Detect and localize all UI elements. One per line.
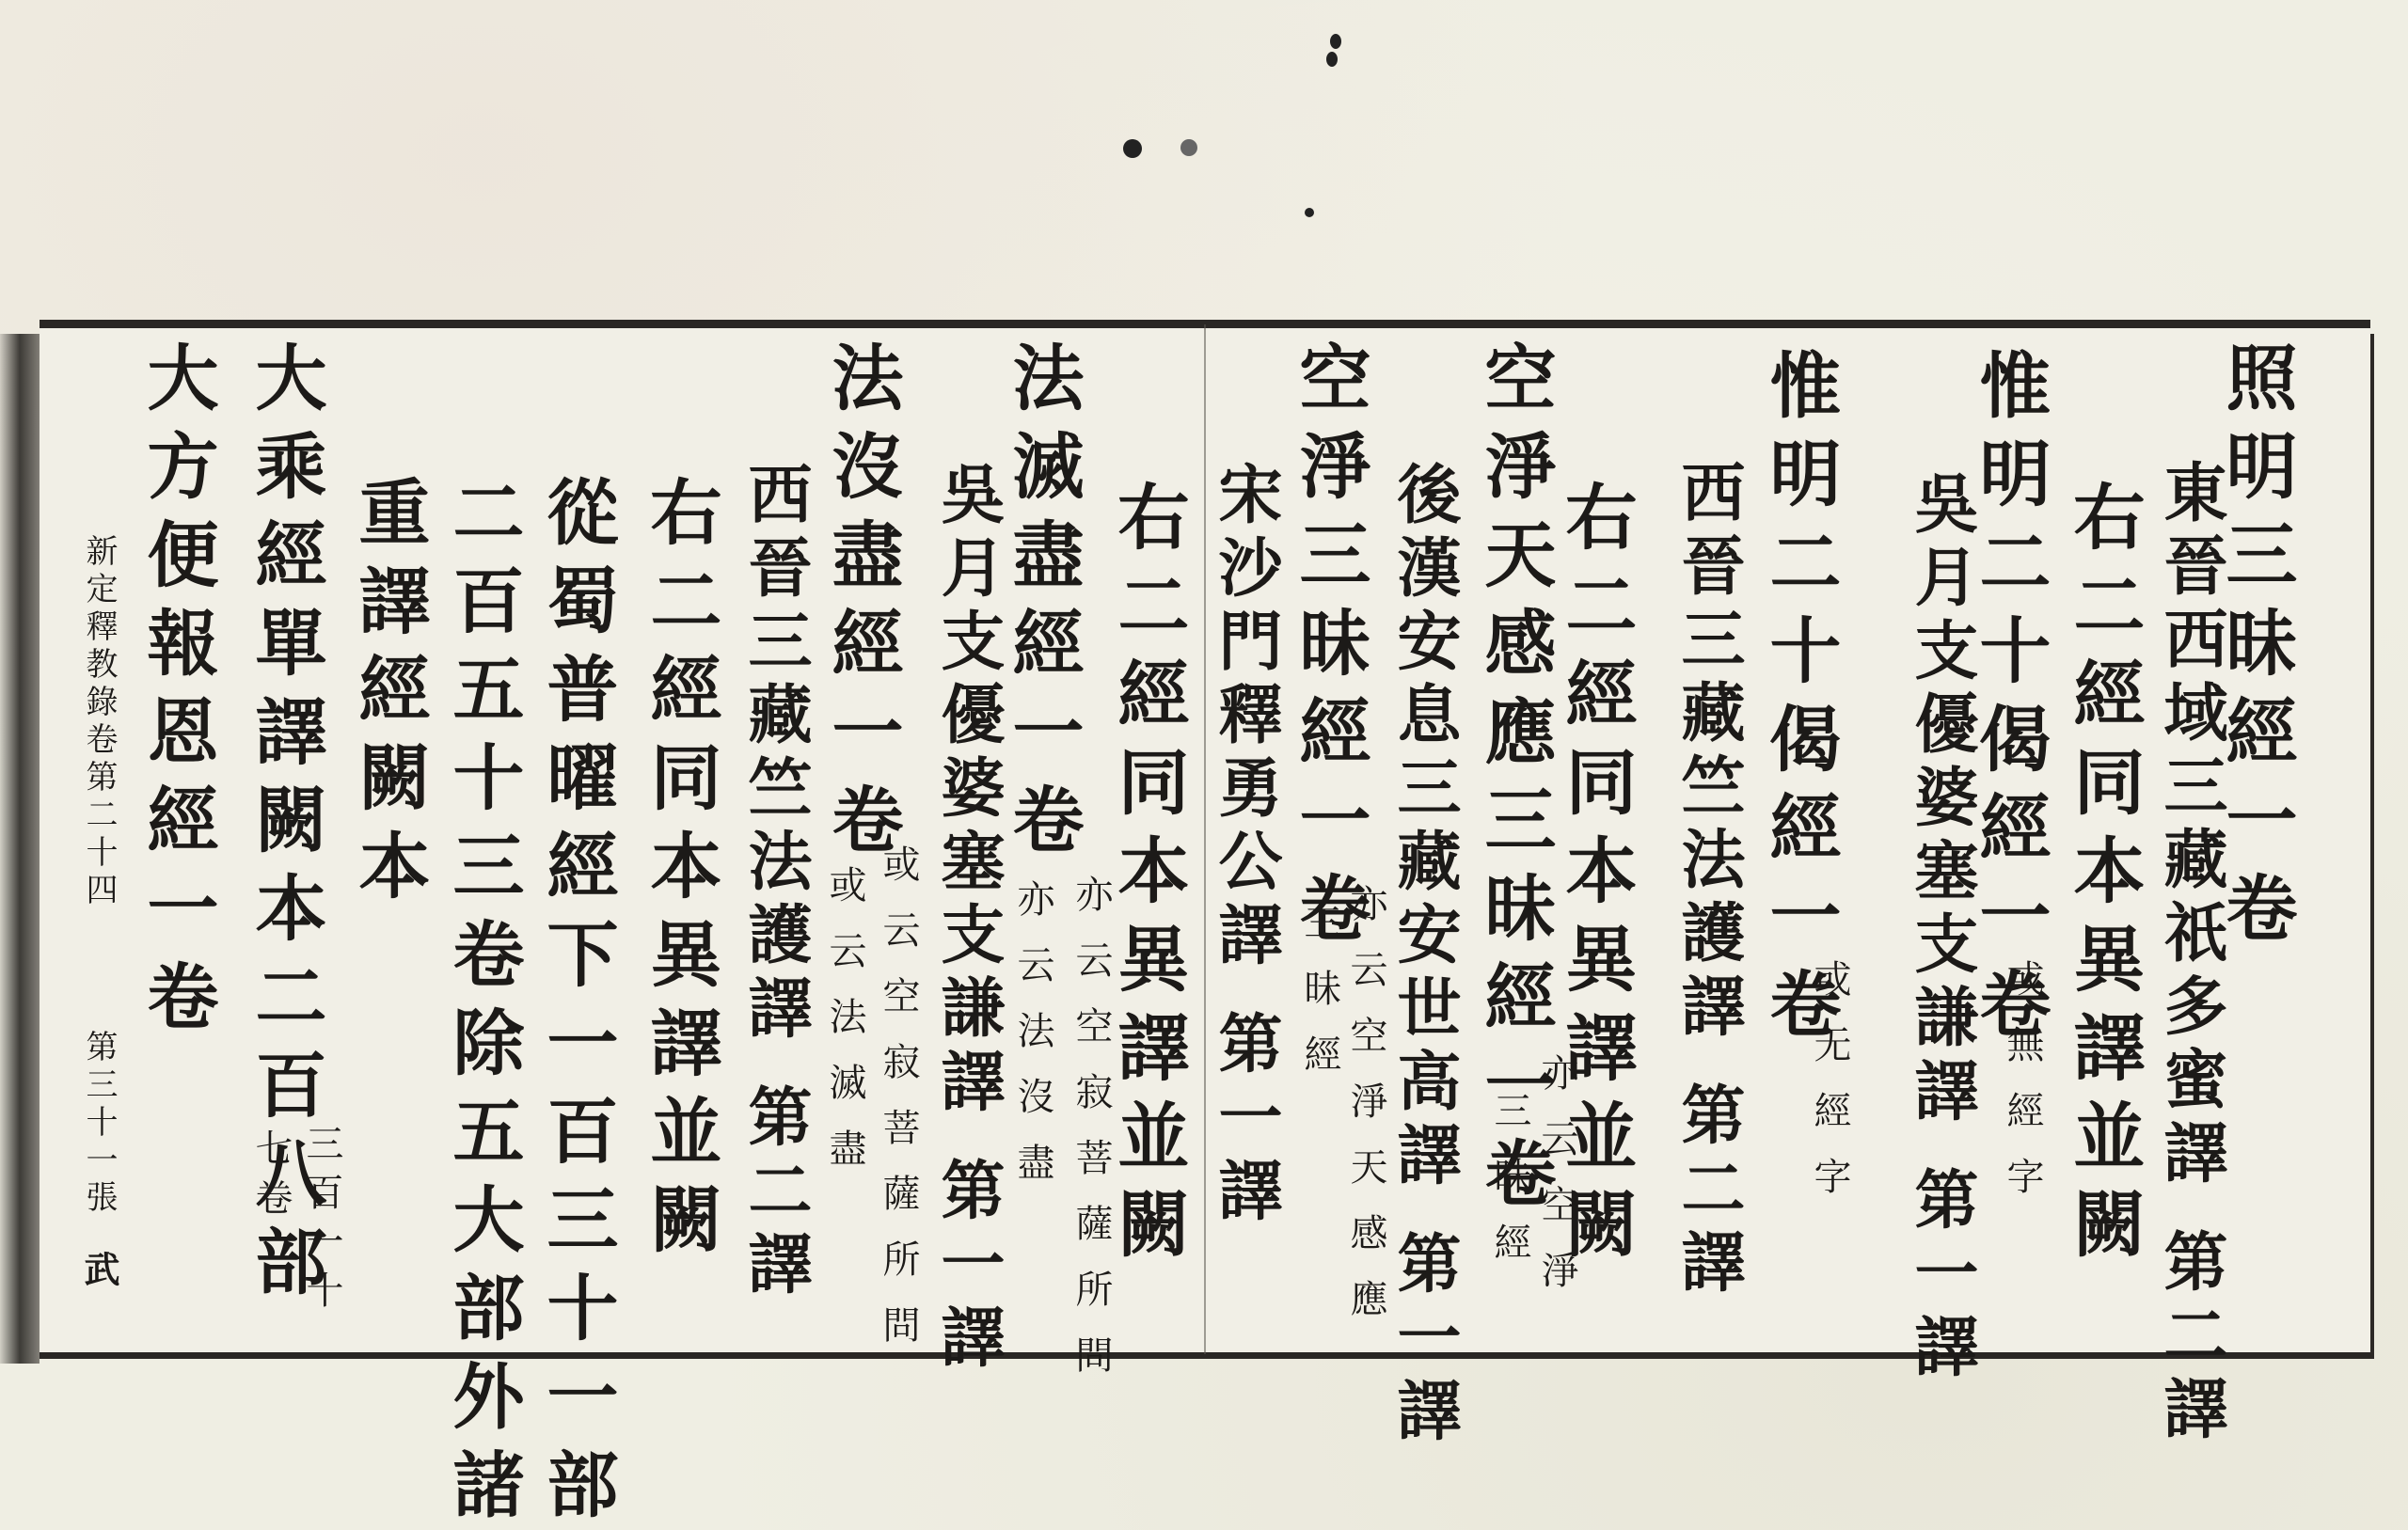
column-main-text: 東晉西域三藏祇多蜜譯 [2153,459,2228,1192]
annotation-note-right: 亦云空淨天感應 [1347,884,1385,1345]
column-main-text: 西晉三藏竺法護譯 [737,461,813,1048]
frame-left-border [0,334,40,1364]
translation-order: 第一譯 [1386,1230,1462,1450]
ink-speck [1180,139,1197,156]
column-main-text: 吳月支優婆塞支謙譯 [1904,470,1979,1130]
column-main-text: 重譯經闕本 [347,475,431,917]
annotation-note-left: 三昧經 [1491,1091,1529,1288]
column-main-text: 惟明二十偈經一卷 [1758,348,1842,1055]
text-column-15: 吳月支優婆塞支謙譯第一譯 [936,461,1000,1377]
text-column-18: 右二經同本異譯並闕 [644,475,716,1270]
translation-order: 第二譯 [2153,1228,2228,1448]
text-column-7: 西晉三藏竺法護譯第二譯 [1676,459,1740,1301]
column-main-text: 大方便報恩經一卷 [135,340,219,1048]
text-column-5: 吳月支優婆塞支謙譯第一譯 [1909,470,1973,1386]
leaf-number: 第三十一張 [83,1030,115,1218]
text-column-4: 惟明二十偈經一卷 [1973,348,2045,1055]
column-main-text: 從蜀普曜經下一百三十一部 [535,475,619,1530]
column-main-text: 空淨三昧經一卷 [1288,340,1371,959]
ink-speck [1326,52,1338,67]
column-main-text: 法沒盡經一卷 [820,340,904,871]
text-column-13: 右二經同本異譯並闕 [1112,480,1183,1275]
text-column-3: 右二經同本異譯並闕 [2067,480,2139,1275]
text-column-21: 重譯經闕本 [353,475,424,917]
frame-right-border [2370,334,2374,1359]
annotation-note-left: 三昧經 [1301,903,1339,1100]
column-main-text: 二百五十三卷除五大部外諸 [441,475,525,1530]
column-main-text: 後漢安息三藏安世高譯 [1386,461,1462,1194]
column-main-text: 右二經同本異譯並闕 [2062,480,2146,1275]
annotation-note-right: 亦云空淨 [1538,1053,1576,1317]
annotation-note: 或无經字 [1811,959,1848,1222]
ink-speck [1330,34,1341,49]
column-main-text: 惟明二十偈經一卷 [1968,348,2052,1055]
column-main-text: 宋沙門釋勇公譯 [1208,461,1283,974]
column-main-text: 西晉三藏竺法護譯 [1671,459,1746,1046]
column-main-text: 法滅盡經一卷 [1001,340,1085,871]
text-column-16: 法沒盡經一卷 [826,340,897,871]
annotation-note: 亦云空寂菩薩所問 [1072,875,1110,1401]
translation-order: 第一譯 [930,1157,1006,1377]
text-column-11: 空淨三昧經一卷 [1293,340,1365,959]
annotation-note-right: 三百一十 [303,1124,341,1319]
text-column-10: 後漢安息三藏安世高譯第一譯 [1392,461,1456,1450]
translation-order: 第一譯 [1904,1166,1979,1386]
carver-mark: 武 [81,1251,117,1292]
annotation-note-left: 或云法滅盡 [826,865,863,1194]
translation-order: 第二譯 [737,1083,813,1303]
text-column-23: 大方便報恩經一卷 [141,340,213,1048]
text-column-19: 從蜀普曜經下一百三十一部 [541,475,612,1530]
translation-order: 第二譯 [1671,1081,1746,1301]
annotation-note: 亦云法沒盡 [1014,879,1052,1208]
text-column-14: 法滅盡經一卷 [1006,340,1078,871]
text-column-20: 二百五十三卷除五大部外諸 [447,475,518,1530]
translation-order: 第一譯 [1208,1010,1283,1230]
text-column-17: 西晉三藏竺法護譯第二譯 [743,461,807,1303]
text-column-12: 宋沙門釋勇公譯第一譯 [1213,461,1277,1230]
text-column-2: 東晉西域三藏祇多蜜譯第二譯 [2159,459,2223,1448]
ink-speck [1123,139,1142,158]
ink-speck [1305,208,1314,217]
annotation-note-left: 七卷 [252,1128,290,1226]
center-fold-line [1204,324,1206,1354]
annotation-note: 或無經字 [2004,959,2041,1222]
column-main-text: 右二經同本異譯並闕 [639,475,722,1270]
annotation-note-right: 或云空寂菩薩所問 [879,844,917,1371]
text-column-6: 惟明二十偈經一卷 [1764,348,1835,1055]
column-main-text: 吳月支優婆塞支謙譯 [930,461,1006,1121]
margin-title: 新定釋教錄卷第二十四 [83,534,115,910]
text-column-1: 照明三昧經一卷 [2220,340,2291,959]
column-main-text: 右二經同本異譯並闕 [1106,480,1190,1275]
